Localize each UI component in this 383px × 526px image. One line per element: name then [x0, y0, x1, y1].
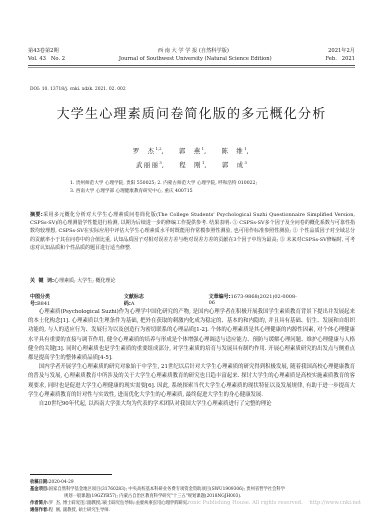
- document-code: 文献标志码:A: [124, 293, 181, 307]
- body-paragraph: 国内学者开展学生心理素质的研究对象始于中学生, 21世纪以后针对大学生心理素质的…: [28, 363, 355, 400]
- running-header-cn: 第43卷第2期 西 南 大 学 学 报 (自然科学版) 2021年2月: [28, 48, 355, 55]
- journal-name-en: Journal of Southwest University (Natural…: [65, 56, 325, 63]
- author: 郭 成3: [222, 162, 247, 169]
- keywords: 关 键 词:心理素质; 大学生; 概化理论: [30, 277, 355, 284]
- body-paragraph: 自20世纪90年代起, 以西南大学张大均为代表的学术团队对我国大学生心理素质进行…: [28, 400, 355, 409]
- volume-issue-en: Vol. 43 No. 2: [28, 56, 65, 63]
- article-number: 文章编号:1673-9868(2021)02-0008-06: [209, 293, 327, 307]
- cnki-watermark: (C)1994-2021 China Academic Journal Elec…: [22, 500, 361, 506]
- journal-name-cn: 西 南 大 学 学 报 (自然科学版): [59, 48, 328, 55]
- running-header-en: Vol. 43 No. 2 Journal of Southwest Unive…: [28, 56, 355, 63]
- volume-issue-cn: 第43卷第2期: [28, 48, 59, 55]
- footnote-funding: 基金项目:国家自然科学基金地区项目(31760283); 中央高校基本科研业务费…: [30, 486, 355, 493]
- author: 罗 杰1,2,: [133, 148, 176, 155]
- abstract-label: 摘要:: [30, 212, 43, 218]
- footnote-funding-cont: 规划一般课题(19GZYB57); 内蒙古自治区教育科学研究"十三五"规划课题(…: [64, 493, 355, 500]
- paper-title: 大学生心理素质问卷简化版的多元概化分析: [0, 103, 383, 122]
- abstract-text: 采用多元概化分析对大学生心理素质问卷简化版(The College Studen…: [30, 212, 355, 251]
- date-en: Feb. 2021: [325, 56, 355, 63]
- body-text: 心理素质(Psychological Suzhi)作为心理学中国化研究的产物, …: [28, 308, 355, 409]
- author: 武丽丽3,: [136, 162, 176, 169]
- affiliation-line-2: 3. 西南大学 心理学部 心理健康教育研究中心, 重庆 400715: [70, 188, 343, 196]
- header-rule-thin: [28, 67, 355, 68]
- keywords-text: 心理素质; 大学生; 概化理论: [54, 278, 116, 284]
- footnote-received: 收稿日期:2020-04-29: [30, 479, 355, 486]
- author-line-1: 罗 杰1,2, 郭 燕1, 陈 维1,: [0, 146, 383, 155]
- keywords-label: 关 键 词:: [30, 278, 54, 284]
- classification-meta: 中图分类号:B841 文献标志码:A 文章编号:1673-9868(2021)0…: [30, 293, 355, 307]
- body-paragraph: 心理素质(Psychological Suzhi)作为心理学中国化研究的产物, …: [28, 308, 355, 363]
- date-cn: 2021年2月: [328, 48, 355, 55]
- clc-number: 中图分类号:B841: [30, 293, 96, 307]
- abstract: 摘要:采用多元概化分析对大学生心理素质问卷简化版(The College Stu…: [30, 211, 355, 252]
- author: 程 刚1,: [179, 162, 218, 169]
- author: 郭 燕1,: [179, 148, 218, 155]
- footnote-rule: [30, 474, 112, 475]
- doi[interactable]: DOI: 10. 13718/j. cnki. xdzk. 2021. 02. …: [30, 87, 126, 92]
- affiliation-line-1: 1. 贵州师范大学 心理学院, 贵阳 550025; 2. 内蒙古师范大学 心理…: [70, 180, 343, 188]
- footnote-corresponding: 通信作者:程 刚, 副教授, 硕士研究生导师.: [30, 507, 355, 514]
- author-line-2: 武丽丽3, 程 刚1, 郭 成3: [0, 160, 383, 169]
- author: 陈 维1,: [222, 148, 251, 155]
